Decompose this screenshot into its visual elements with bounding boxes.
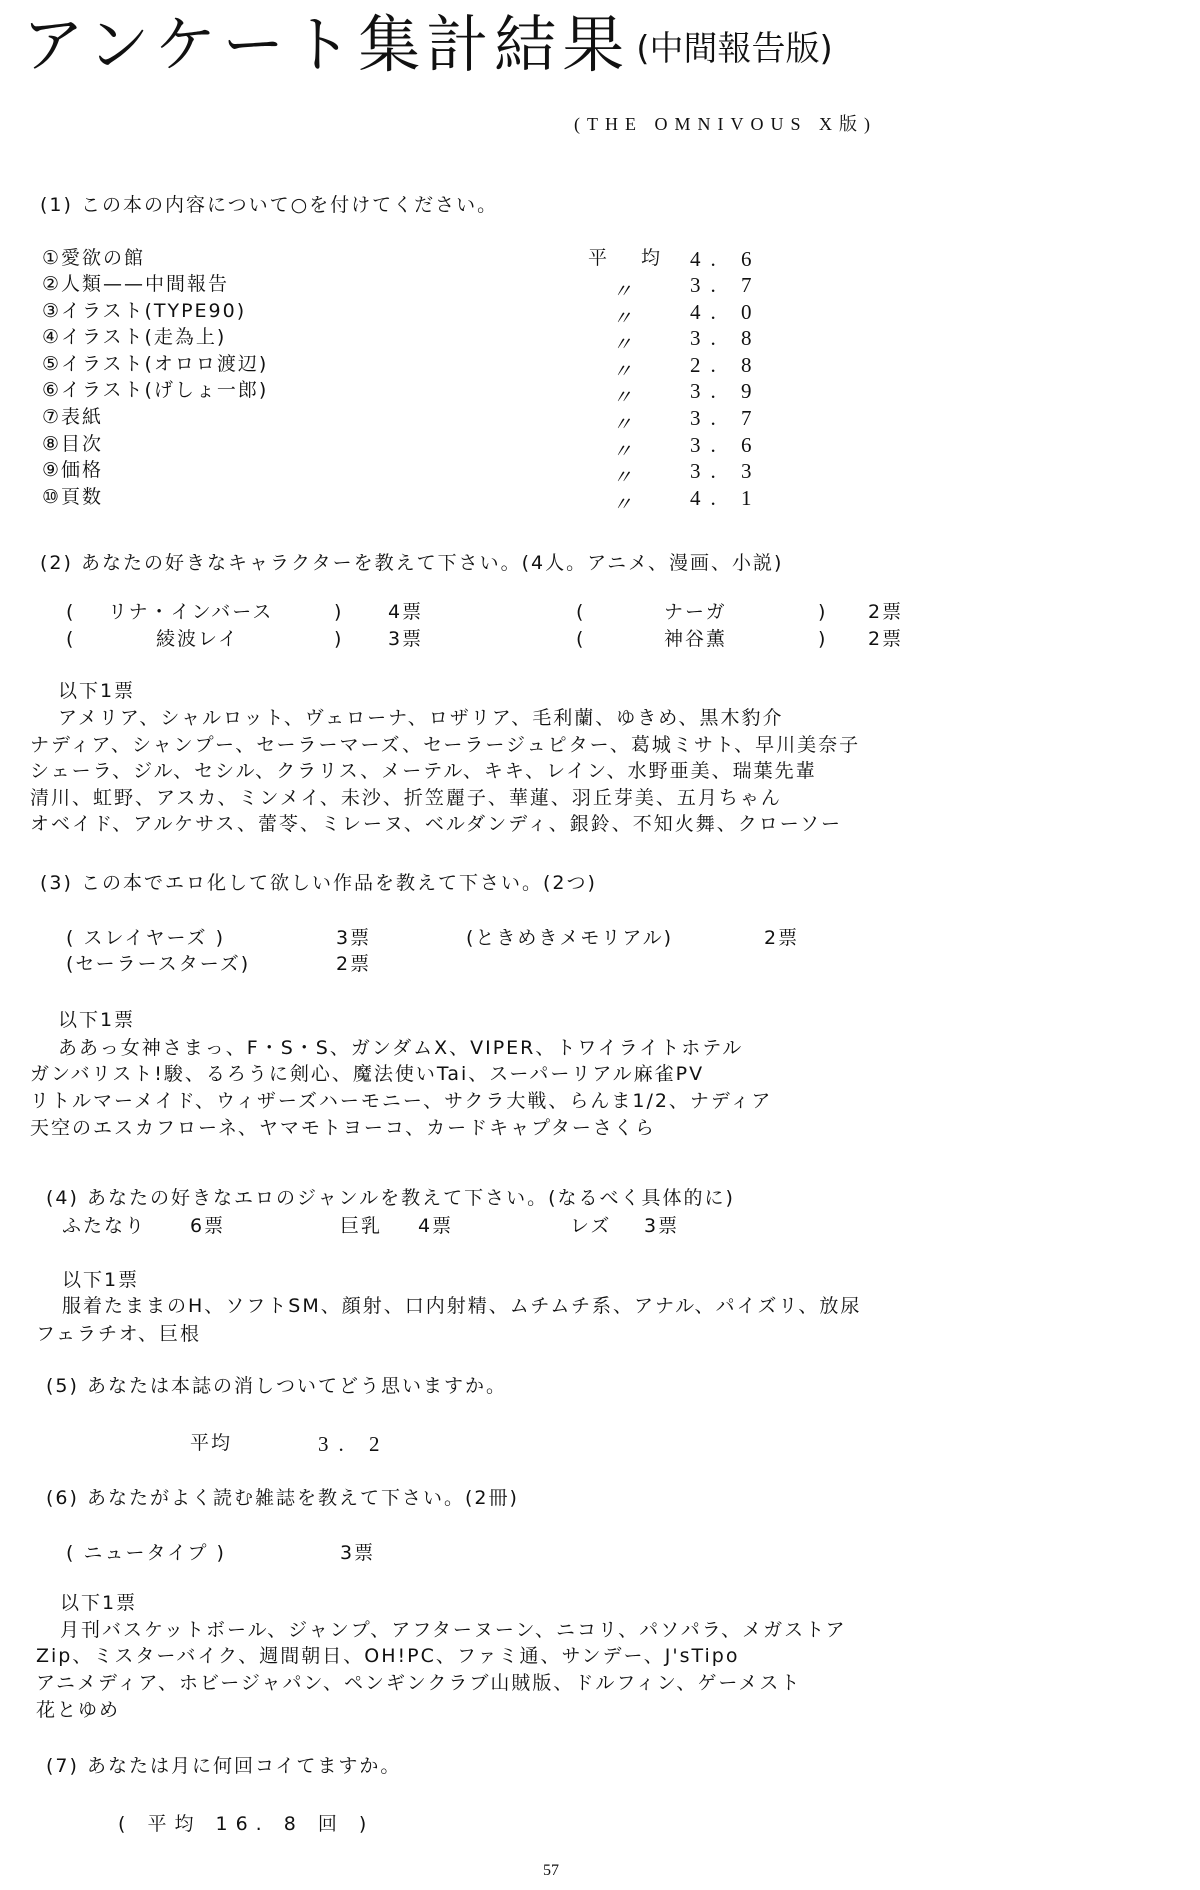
one-vote-line: 花とゆめ — [36, 1701, 120, 1720]
ditto-mark: 〃 — [612, 381, 632, 410]
q2-question: (2) あなたの好きなキャラクターを教えて下さい。(4人。アニメ、漫画、小説) — [40, 554, 783, 573]
rating-label: ⑨価格 — [42, 461, 103, 480]
vote-count: 4票 — [388, 603, 423, 622]
rating-label: ⑤イラスト(オロロ渡辺) — [42, 355, 268, 374]
paren-close: ) — [334, 603, 343, 622]
q7-answer: ( 平均 16. 8 回 ) — [118, 1815, 374, 1834]
vote-count: 2票 — [868, 603, 903, 622]
rating-label: ⑦表紙 — [42, 408, 103, 427]
rating-value: 3. 7 — [690, 406, 762, 431]
q7-question: (7) あなたは月に何回コイてますか。 — [46, 1757, 401, 1776]
ditto-mark: 〃 — [612, 328, 632, 357]
character-name: 綾波レイ — [156, 630, 239, 649]
rating-value: 3. 9 — [690, 379, 762, 404]
paren-open: ( — [66, 603, 75, 622]
one-vote-line: リトルマーメイド、ウィザーズハーモニー、サクラ大戦、らんま1/2、ナディア — [30, 1092, 772, 1111]
work-name: (セーラースターズ) — [66, 955, 250, 974]
vote-count: 2票 — [764, 929, 799, 948]
avg-label: 平 均 — [588, 249, 674, 268]
ditto-mark: 〃 — [612, 461, 632, 490]
genre-name: 巨乳 — [340, 1217, 382, 1236]
rating-value: 4. 6 — [690, 247, 762, 272]
magazine-name: ( ニュータイプ ) — [66, 1544, 226, 1563]
paren-open: ( — [66, 630, 75, 649]
rating-value: 3. 8 — [690, 326, 762, 351]
vote-count: 3票 — [644, 1217, 679, 1236]
one-vote-label: 以下1票 — [62, 1271, 139, 1290]
one-vote-label: 以下1票 — [60, 1594, 137, 1613]
title-main: アンケート集計結果 — [22, 8, 630, 81]
rating-label: ①愛欲の館 — [42, 249, 145, 268]
page-title: アンケート集計結果(中間報告版) — [22, 14, 827, 82]
rating-value: 3. 7 — [690, 273, 762, 298]
character-name: リナ・インバース — [108, 603, 273, 622]
ditto-mark: 〃 — [612, 435, 632, 464]
edition-label: (THE OMNIVOUS X版) — [574, 110, 877, 136]
one-vote-line: アメリア、シャルロット、ヴェローナ、ロザリア、毛利蘭、ゆきめ、黒木豹介 — [58, 709, 784, 728]
q1-question: (1) この本の内容について○を付けてください。 — [40, 196, 498, 215]
one-vote-line: 天空のエスカフローネ、ヤマモトヨーコ、カードキャプターさくら — [30, 1119, 656, 1138]
character-name: ナーガ — [664, 603, 727, 622]
ditto-mark: 〃 — [612, 488, 632, 517]
page-number: 57 — [543, 1862, 559, 1880]
vote-count: 2票 — [336, 955, 371, 974]
vote-count: 4票 — [418, 1217, 453, 1236]
rating-value: 3. 3 — [690, 459, 762, 484]
ditto-mark: 〃 — [612, 275, 632, 304]
one-vote-line: フェラチオ、巨根 — [36, 1325, 201, 1344]
one-vote-line: アニメディア、ホビージャパン、ペンギンクラブ山賊版、ドルフィン、ゲーメスト — [36, 1674, 801, 1693]
vote-count: 3票 — [336, 929, 371, 948]
genre-name: ふたなり — [62, 1217, 146, 1236]
vote-count: 6票 — [190, 1217, 225, 1236]
rating-label: ④イラスト(走為上) — [42, 328, 226, 347]
avg-value: 3. 2 — [318, 1432, 390, 1457]
work-name: (ときめきメモリアル) — [466, 929, 673, 948]
work-name: ( スレイヤーズ ) — [66, 929, 225, 948]
rating-value: 3. 6 — [690, 433, 762, 458]
vote-count: 3票 — [388, 630, 423, 649]
vote-count: 3票 — [340, 1544, 375, 1563]
one-vote-label: 以下1票 — [58, 682, 135, 701]
q6-question: (6) あなたがよく読む雑誌を教えて下さい。(2冊) — [46, 1489, 519, 1508]
paren-open: ( — [576, 630, 585, 649]
rating-label: ⑩頁数 — [42, 488, 103, 507]
rating-label: ⑥イラスト(げしょ一郎) — [42, 381, 268, 400]
character-name: 神谷薫 — [664, 630, 727, 649]
vote-count: 2票 — [868, 630, 903, 649]
one-vote-line: ガンバリスト!駿、るろうに剣心、魔法使いTai、スーパーリアル麻雀PV — [30, 1065, 704, 1084]
paren-close: ) — [818, 603, 827, 622]
one-vote-line: 清川、虹野、アスカ、ミンメイ、未沙、折笠麗子、華蓮、羽丘芽美、五月ちゃん — [30, 789, 782, 808]
one-vote-line: 月刊バスケットボール、ジャンプ、アフターヌーン、ニコリ、パソパラ、メガストア — [60, 1621, 847, 1640]
one-vote-line: ナディア、シャンプー、セーラーマーズ、セーラージュピター、葛城ミサト、早川美奈子 — [30, 736, 860, 755]
paren-open: ( — [576, 603, 585, 622]
rating-value: 2. 8 — [690, 353, 762, 378]
one-vote-line: 服着たままのH、ソフトSM、顔射、口内射精、ムチムチ系、アナル、パイズリ、放尿 — [62, 1297, 861, 1316]
ditto-mark: 〃 — [612, 355, 632, 384]
q5-question: (5) あなたは本誌の消しついてどう思いますか。 — [46, 1377, 507, 1396]
rating-label: ②人類——中間報告 — [42, 275, 229, 294]
one-vote-line: シェーラ、ジル、セシル、クラリス、メーテル、キキ、レイン、水野亜美、瑞葉先輩 — [30, 762, 817, 781]
genre-name: レズ — [570, 1217, 611, 1236]
q3-question: (3) この本でエロ化して欲しい作品を教えて下さい。(2つ) — [40, 874, 597, 893]
title-suffix: (中間報告版) — [636, 29, 833, 69]
rating-value: 4. 0 — [690, 300, 762, 325]
rating-label: ⑧目次 — [42, 435, 103, 454]
q4-question: (4) あなたの好きなエロのジャンルを教えて下さい。(なるべく具体的に) — [46, 1189, 735, 1208]
rating-label: ③イラスト(TYPE90) — [42, 302, 246, 321]
paren-close: ) — [334, 630, 343, 649]
avg-label: 平均 — [190, 1434, 232, 1453]
one-vote-line: オベイド、アルケサス、蕾苓、ミレーヌ、ベルダンディ、銀鈴、不知火舞、クローソー — [30, 815, 842, 834]
paren-close: ) — [818, 630, 827, 649]
ditto-mark: 〃 — [612, 408, 632, 437]
one-vote-line: ああっ女神さまっ、F・S・S、ガンダムX、VIPER、トワイライトホテル — [58, 1039, 743, 1058]
one-vote-line: Zip、ミスターバイク、週間朝日、OH!PC、ファミ通、サンデー、J'sTipo — [36, 1647, 739, 1666]
one-vote-label: 以下1票 — [58, 1011, 135, 1030]
rating-value: 4. 1 — [690, 486, 762, 511]
ditto-mark: 〃 — [612, 302, 632, 331]
